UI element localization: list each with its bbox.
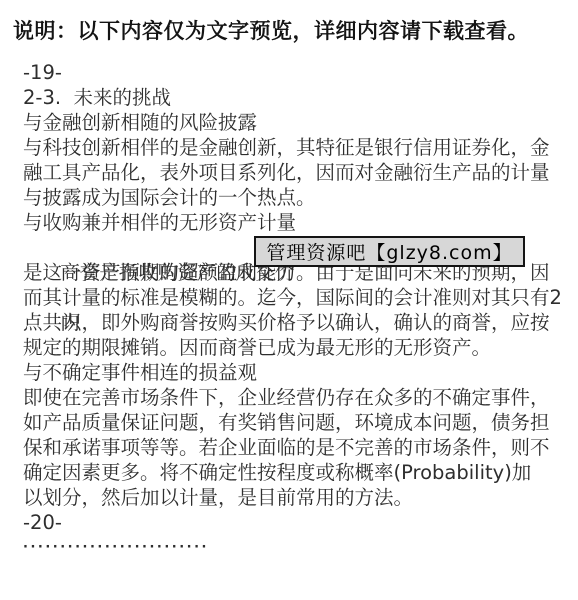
text-line: 确定因素更多。将不确定性按程度或称概率(Probability)加 <box>23 460 578 485</box>
preview-notice-header: 说明：以下内容仅为文字预览，详细内容请下载查看。 <box>13 19 578 44</box>
page-number-bottom: -20- <box>23 510 578 535</box>
text-line: 保和承诺事项等等。若企业面临的是不完善的市场条件，则不 <box>23 435 578 460</box>
subheading-risk-disclosure: 与金融创新相随的风险披露 <box>23 110 578 135</box>
document-body: -19- 2-3. 未来的挑战 与金融创新相随的风险披露 与科技创新相伴的是金融… <box>23 60 578 560</box>
text-line: 融工具产品化，表外项目系列化，因而对金融衍生产品的计量 <box>23 160 578 185</box>
text-line: 如产品质量保证问题，有奖销售问题，环境成本问题，债务担 <box>23 410 578 435</box>
page-number-top: -19- <box>23 60 578 85</box>
document-preview-page: 说明：以下内容仅为文字预览，详细内容请下载查看。 -19- 2-3. 未来的挑战… <box>0 0 578 600</box>
dotted-separator: ························· <box>23 535 578 560</box>
section-title: 2-3. 未来的挑战 <box>23 85 578 110</box>
watermark-badge: 管理资源吧【glzy8.com】 <box>254 236 525 267</box>
text-line: 点共识，即外购商誉按购买价格予以确认，确认的商誉，应按 <box>23 310 578 335</box>
text-line: 而其计量的标准是模糊的。迄今，国际间的会计准则对其只有2 <box>23 285 578 310</box>
text-line: 规定的期限摊销。因而商誉已成为最无形的无形资产。 <box>23 335 578 360</box>
text-line: 与披露成为国际会计的一个热点。 <box>23 185 578 210</box>
subheading-intangible-assets: 与收购兼并相伴的无形资产计量 <box>23 210 578 235</box>
text-line: 即使在完善市场条件下，企业经营仍存在众多的不确定事件， <box>23 385 578 410</box>
text-line: 与科技创新相伴的是金融创新，其特征是银行信用证券化，金 <box>23 135 578 160</box>
text-line: 以划分，然后加以计量，是目前常用的方法。 <box>23 485 578 510</box>
subheading-uncertain-events: 与不确定事件相连的损益观 <box>23 360 578 385</box>
